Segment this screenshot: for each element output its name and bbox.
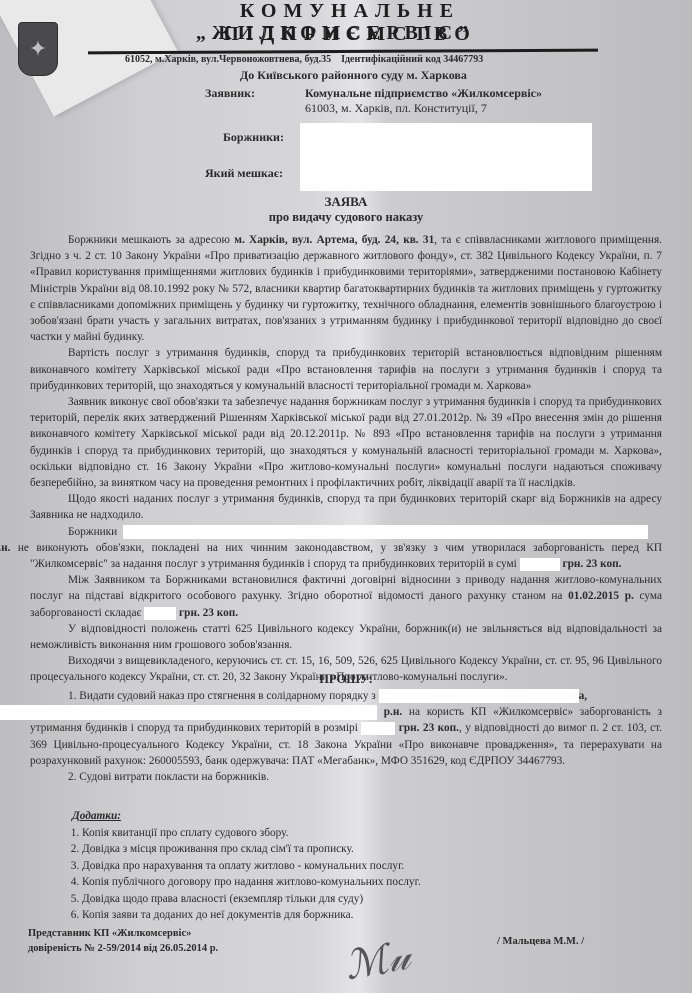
paragraph-6: Між Заявником та Боржниками встановилися… [30, 572, 662, 621]
attachments-heading: Додатки: [72, 808, 421, 825]
document-title: ЗАЯВА [0, 194, 692, 210]
power-of-attorney: довіреність № 2-59/2014 від 26.05.2014 р… [28, 943, 218, 954]
redacted-amount [361, 722, 395, 735]
coat-of-arms-icon: ✦ [18, 22, 58, 76]
applicant-name: Комунальне підприємство «Жилкомсервіс» [305, 86, 542, 101]
handwritten-signature: ℳ𝓊 [342, 933, 414, 990]
signatory-name: / Мальцева М.М. / [497, 936, 584, 947]
paragraph-7: У відповідності положень статті 625 Циві… [30, 621, 662, 653]
attachments: Додатки: Копія квитанції про сплату судо… [58, 808, 421, 924]
attachment-item: Копія заяви та доданих до неї документів… [82, 907, 421, 924]
paragraph-3: Заявник виконує свої обов'язки та забезп… [30, 394, 662, 491]
redacted-debtor-info [300, 123, 592, 191]
redacted-debtor-names [0, 705, 377, 720]
applicant-address: 61003, м. Харків, пл. Конституції, 7 [305, 101, 487, 116]
attachment-item: Довідка щодо права власності (екземпляр … [82, 891, 421, 908]
request-item-1: 1. Видати судовий наказ про стягнення в … [30, 688, 662, 769]
org-address: 61052, м.Харків, вул.Червоножовтнева, бу… [125, 54, 483, 65]
document-body: Боржники мешкають за адресою м. Харків, … [30, 232, 662, 686]
attachment-item: Копія публічного договору про надання жи… [82, 874, 421, 891]
redacted-amount [144, 607, 176, 620]
paragraph-4: Щодо якості наданих послуг з утримання б… [30, 491, 662, 523]
attachment-item: Копія квитанції про сплату судового збор… [82, 825, 421, 842]
redacted-debtor-names [379, 689, 579, 703]
residence-label: Який мешкає: [205, 166, 283, 181]
paragraph-5: Боржникир.н. не виконують обов'язки, пок… [30, 524, 662, 573]
redacted-amount [520, 558, 560, 571]
org-street-address: 61052, м.Харків, вул.Червоножовтнева, бу… [125, 54, 331, 65]
paragraph-1: Боржники мешкають за адресою м. Харків, … [30, 232, 662, 345]
paragraph-2: Вартість послуг з утримання будинків, сп… [30, 345, 662, 394]
redacted-debtor-names [123, 525, 648, 539]
court-name: До Київського районного суду м. Харкова [240, 68, 467, 83]
org-name-line2: „ЖИЛКОМСЕРВІС” [155, 22, 515, 45]
org-id-code: Ідентифікаційний код 34467793 [341, 54, 483, 65]
attachment-item: Довідка про нарахування та оплату житлов… [82, 858, 421, 875]
attachment-item: Довідка з місця проживання про склад сім… [82, 841, 421, 858]
request-body: 1. Видати судовий наказ про стягнення в … [30, 688, 662, 785]
debtors-label: Боржники: [223, 130, 284, 145]
applicant-label: Заявник: [205, 86, 255, 101]
request-item-2: 2. Судові витрати покласти на боржників. [30, 769, 662, 785]
representative-title: Представник КП «Жилкомсервіс» [28, 928, 191, 939]
request-heading: ПРОШУ: [0, 672, 692, 687]
document-subtitle: про видачу судового наказу [0, 210, 692, 225]
